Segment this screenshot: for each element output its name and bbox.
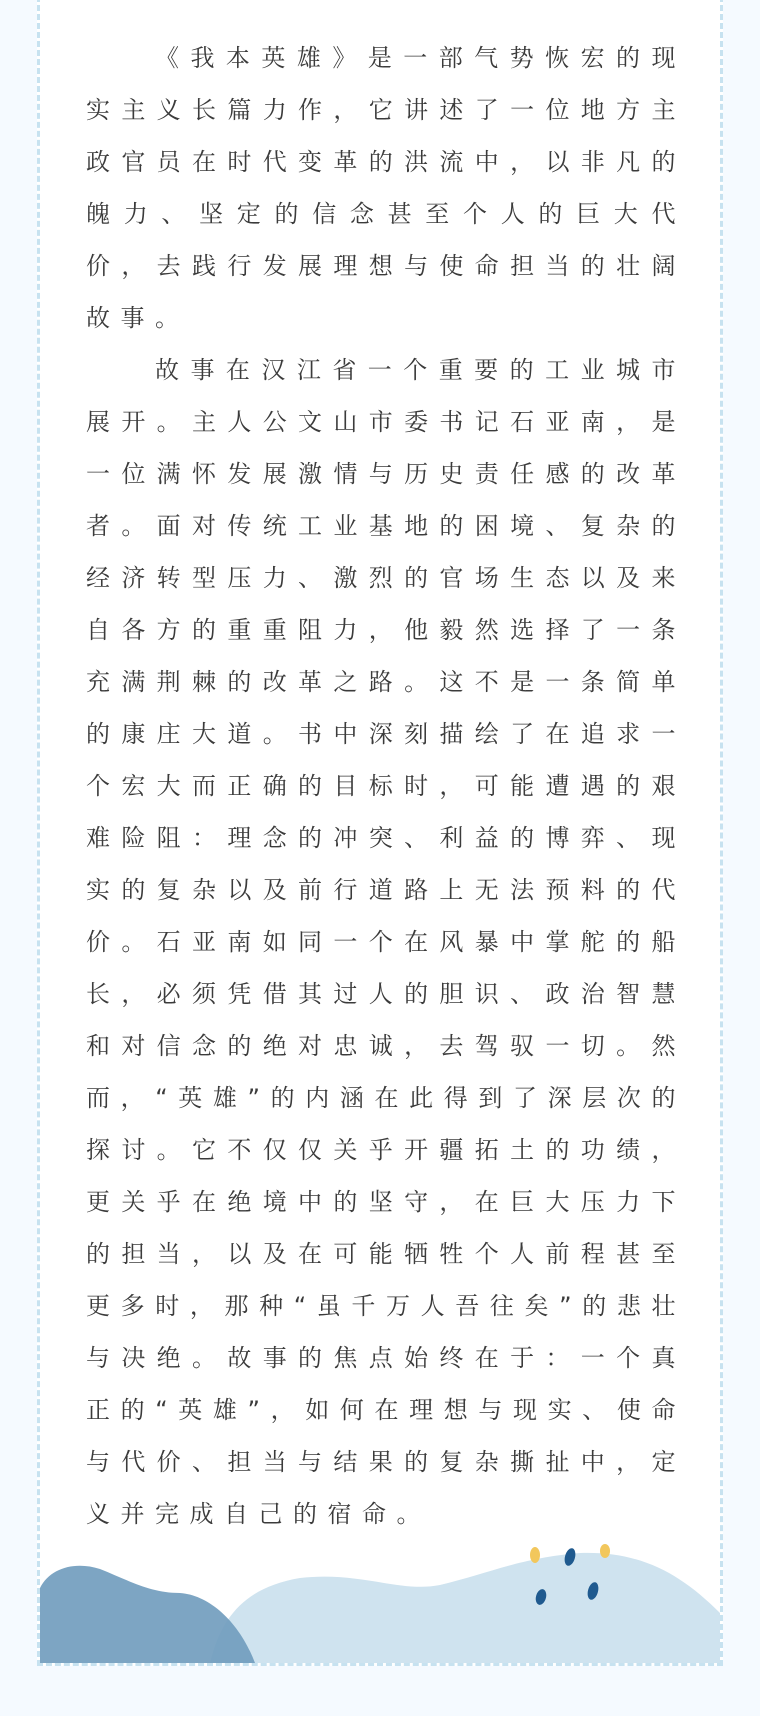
watercolor-hills-icon <box>40 1533 720 1663</box>
article-card: 《我本英雄》是一部气势恢宏的现实主义长篇力作，它讲述了一位地方主政官员在时代变革… <box>37 0 723 1666</box>
paragraph-story: 故事在汉江省一个重要的工业城市展开。主人公文山市委书记石亚南，是一位满怀发展激情… <box>86 344 686 1540</box>
paragraph-intro: 《我本英雄》是一部气势恢宏的现实主义长篇力作，它讲述了一位地方主政官员在时代变革… <box>86 32 686 344</box>
article-body: 《我本英雄》是一部气势恢宏的现实主义长篇力作，它讲述了一位地方主政官员在时代变革… <box>86 32 686 1540</box>
